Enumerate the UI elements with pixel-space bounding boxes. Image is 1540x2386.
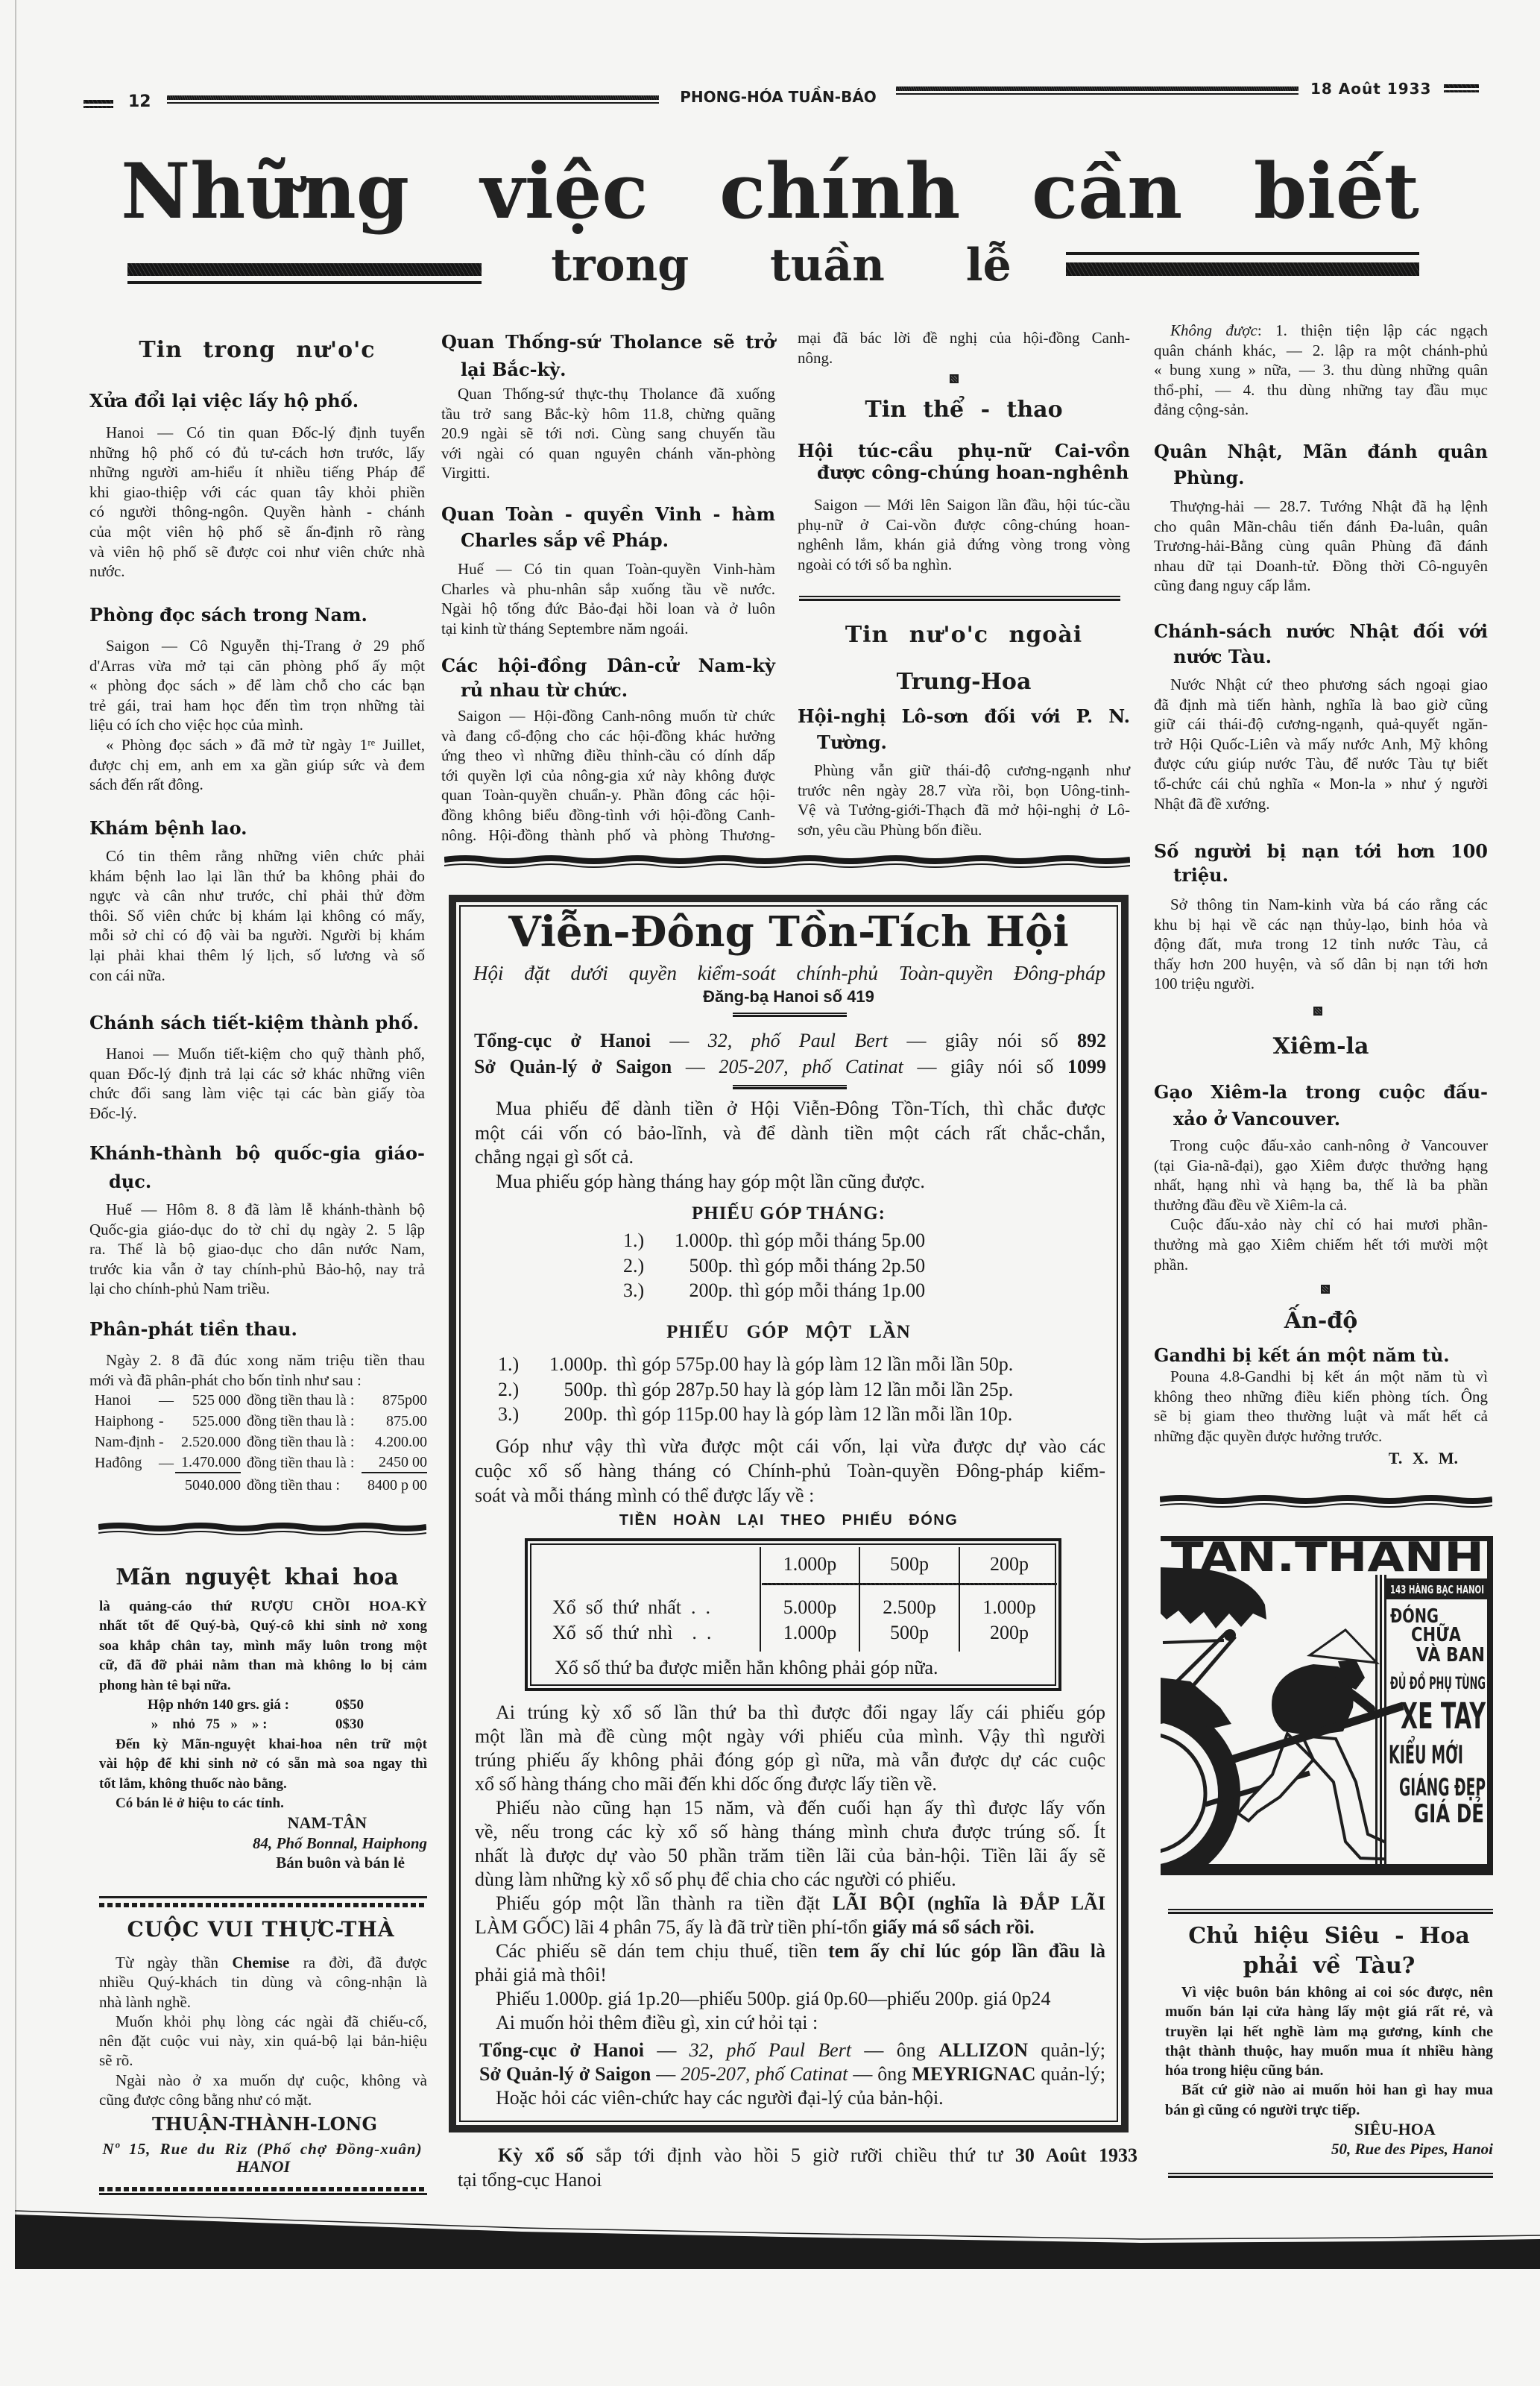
separator: — bbox=[159, 1452, 175, 1473]
row-label: Xổ số thứ nhì . . bbox=[552, 1622, 711, 1644]
text-line: d'Arras vừa mở tại căn phòng phố ấy một bbox=[89, 656, 425, 676]
ad-body: Vì việc buôn bán không ai coi sóc được, … bbox=[1165, 1983, 1493, 2120]
text-line: Huế — Hôm 8. 8 đã làm lễ khánh-thành bộ bbox=[89, 1200, 425, 1220]
text-line: đã định mà tiến hành, nghĩa là bao giờ c… bbox=[1154, 695, 1488, 715]
text-line: hóa trong hiệu cũng bán. bbox=[1165, 2061, 1493, 2080]
text-line: mới và đã phân-phát cho bốn tỉnh như sau… bbox=[89, 1370, 425, 1391]
text-line: Phùng vẫn giữ thái-độ cương-ngạnh như bbox=[798, 761, 1130, 781]
item-amount: 500p. bbox=[660, 1253, 733, 1279]
text-line: Sở Quản-lý ở Saigon — 205-207, phố Catin… bbox=[479, 2062, 1105, 2086]
paragraph: Huế — Có tin quan Toàn-quyền Vinh-hàmCha… bbox=[441, 559, 775, 638]
article-body-continued: Không được: 1. thiện tiện lập các ngạchq… bbox=[1154, 321, 1488, 420]
paragraph: Đến kỳ Mãn-nguyệt khai-hoa nên trữ mộtvà… bbox=[99, 1735, 427, 1794]
text-line: nghênh lắm, khán giả đứng vòng trong vòn… bbox=[798, 535, 1130, 555]
country-heading-india: Ấn-độ bbox=[1154, 1308, 1488, 1335]
text-line: Nhật đã đề xướng. bbox=[1154, 794, 1488, 814]
article-heading: Gandhi bị kết án một năm tù. bbox=[1154, 1344, 1488, 1367]
text-run: — giây nói số bbox=[888, 1030, 1077, 1051]
ad-brand: SIÊU-HOA bbox=[1165, 2120, 1493, 2139]
text-line: nhất, hạng nhì và hạng ba, thế là ba phầ… bbox=[1154, 1175, 1488, 1195]
wavy-divider bbox=[444, 855, 1130, 869]
unit-label: đồng tiền thau là : bbox=[241, 1452, 362, 1473]
text-line: Hanoi — Có tin quan Đốc-lý định tuyển bbox=[89, 423, 425, 443]
bold-text-run: giấy má sổ sách rồi. bbox=[872, 1916, 1034, 1938]
text-line: Góp như vậy thì vừa được một cái vốn, lạ… bbox=[475, 1434, 1105, 1458]
text-line: Hội túc-cầu phụ-nữ Cai-vồn bbox=[798, 440, 1130, 462]
lottery-intro: Góp như vậy thì vừa được một cái vốn, lạ… bbox=[475, 1434, 1105, 1508]
page-number: 12 bbox=[128, 92, 151, 112]
paragraph: Có bán lẻ ở hiệu to các tỉnh. bbox=[99, 1794, 427, 1813]
column-header: 200p bbox=[960, 1553, 1058, 1576]
text-line: nhất tốt để Quý-bà, Quý-cô khi sinh nở x… bbox=[99, 1617, 427, 1636]
text-line: tốt lắm, không thuốc nào bằng. bbox=[99, 1775, 427, 1794]
bold-text-run: LÃI BỘI (nghĩa là ĐẮP LÃI bbox=[833, 1892, 1105, 1914]
panel-line bbox=[1380, 1575, 1382, 1866]
paragraph: Phiếu 1.000p. giá 1p.20—phiếu 500p. giá … bbox=[475, 1987, 1105, 2011]
text-line: Phiếu góp một lần thành ra tiền đặt LÃI … bbox=[475, 1892, 1105, 1916]
ornament-icon bbox=[1313, 1007, 1322, 1016]
ad-brand: THUẬN-THÀNH-LONG bbox=[89, 2113, 440, 2135]
bold-text-run: Sở Quản-lý ở Saigon bbox=[479, 2063, 651, 2085]
text-line: mỗi sở chỉ có độ vài ba người. Người bị … bbox=[89, 925, 425, 945]
text-line: Phân-phát tiền thau. bbox=[89, 1318, 425, 1341]
paragraph: Phiếu góp một lần thành ra tiền đặt LÃI … bbox=[475, 1892, 1105, 1939]
article-heading: Chánh-sách nước Nhật đối vớinước Tàu. bbox=[1154, 619, 1488, 670]
text-line: Virgitti. bbox=[441, 463, 775, 483]
total-coin-count: 5040.000 bbox=[175, 1475, 241, 1496]
province: Hanoi bbox=[95, 1390, 159, 1411]
article-body: Ngày 2. 8 đã đúc xong năm triệu tiền tha… bbox=[89, 1350, 425, 1390]
payout-value: 500p bbox=[860, 1622, 959, 1644]
coin-count: 1.470.000 bbox=[175, 1452, 241, 1473]
coin-count: 525 000 bbox=[175, 1390, 241, 1411]
headline-main: Những việc chính cần biết bbox=[0, 149, 1540, 235]
text-line: phụ-nữ ở Cai-vồn được công-chúng hoan- bbox=[798, 515, 1130, 535]
paragraph: Bất cứ giờ nào ai muốn hỏi han gì hay mu… bbox=[1165, 2080, 1493, 2120]
text-line: « phòng đọc sách » để làm chỗ cho các bạ… bbox=[89, 676, 425, 696]
ad-tan-thanh-artwork: TAN.THANH bbox=[1161, 1536, 1493, 1875]
office-addresses: Tổng-cục ở Hanoi — 32, phố Paul Bert — g… bbox=[474, 1027, 1106, 1080]
text-line: Huế — Có tin quan Toàn-quyền Vinh-hàm bbox=[441, 559, 775, 579]
text-line: mại đã bác lời đề nghị của hội-đồng Canh… bbox=[798, 328, 1130, 348]
text-run: Các phiếu sẽ dán tem chịu thuế, tiền bbox=[496, 1940, 828, 1962]
page-edge bbox=[15, 0, 16, 2218]
separator: — bbox=[159, 1390, 175, 1411]
text-line: Khánh-thành bộ quốc-gia giáo- bbox=[89, 1139, 425, 1168]
bold-text-run: ALLIZON bbox=[938, 2039, 1028, 2061]
ad-details: Đến kỳ Mãn-nguyệt khai-hoa nên trữ mộtvà… bbox=[99, 1735, 427, 1814]
article-heading: Gạo Xiêm-la trong cuộc đấu-xảo ở Vancouv… bbox=[1154, 1079, 1488, 1133]
italic-text-run: 205-207, phố Catinat bbox=[681, 2063, 848, 2085]
text-line: truyền lại hết nghề làm mạ gương, kính c… bbox=[1165, 2022, 1493, 2042]
italic-text-run: Không được bbox=[1170, 321, 1257, 339]
unit-label: đồng tiền thau là : bbox=[241, 1411, 362, 1432]
ad-line: VÀ BAN bbox=[1416, 1643, 1485, 1666]
text-line: trúng phiếu ấy không phải đóng góp gì nữ… bbox=[475, 1748, 1105, 1772]
article-body: Hanoi — Có tin quan Đốc-lý định tuyểnnhữ… bbox=[89, 423, 425, 582]
text-line: chức đổi sang làm việc tại các bàn giấy … bbox=[89, 1083, 425, 1104]
paragraph: Saigon — Mới lên Saigon lần đầu, hội túc… bbox=[798, 495, 1130, 574]
text-line: Hanoi — Muốn tiết-kiệm cho quỹ thành phố… bbox=[89, 1044, 425, 1064]
ad-brand: NAM-TÂN bbox=[99, 1813, 427, 1833]
masthead-rule-left bbox=[167, 95, 659, 100]
text-line: Ai muốn hỏi thêm điều gì, xin cứ hỏi tại… bbox=[475, 2011, 1105, 2035]
item-amount: 200p. bbox=[660, 1278, 733, 1303]
masthead-ornament-left-thin bbox=[83, 106, 113, 108]
coin-value: 875p00 bbox=[362, 1390, 427, 1411]
item-amount: 500p. bbox=[537, 1377, 608, 1403]
item-text: thì góp mỗi tháng 5p.00 bbox=[739, 1228, 925, 1253]
ad-border-bottom-dots bbox=[99, 2187, 427, 2191]
article-heading: Quân Nhật, Mãn đánh quânPhùng. bbox=[1154, 438, 1488, 491]
panel-line bbox=[1375, 1575, 1378, 1866]
double-rule-short bbox=[733, 1085, 847, 1089]
paragraph: Ngài nào ở xa muốn dự cuộc, không vàcũng… bbox=[99, 2071, 427, 2110]
payout-value: 2.500p bbox=[860, 1596, 959, 1619]
text-line: cũng được công bằng như có mặt. bbox=[99, 2090, 427, 2109]
text-line: Không được: 1. thiện tiện lập các ngạch bbox=[1154, 321, 1488, 341]
item-number: 1.) bbox=[623, 1228, 653, 1253]
text-run: Từ ngày thần bbox=[116, 1954, 232, 1971]
text-line: xảo ở Vancouver. bbox=[1154, 1106, 1488, 1133]
text-line: động đất, mưa trong 12 tỉnh nước Tàu, cả bbox=[1154, 934, 1488, 954]
text-line: Bất cứ giờ nào ai muốn hỏi han gì hay mu… bbox=[1165, 2080, 1493, 2100]
text-line: Ngài hộ tống đức Bảo-đại hồi loan và ở l… bbox=[441, 599, 775, 619]
price-row-small-box: » nhỏ 75 » » : 0$30 bbox=[99, 1715, 427, 1734]
text-line: đảng cộng-sản. bbox=[1154, 400, 1488, 420]
text-run: là quảng-cáo thứ bbox=[99, 1599, 250, 1614]
article-body: Hanoi — Muốn tiết-kiệm cho quỹ thành phố… bbox=[89, 1044, 425, 1123]
table-footnote: Xổ số thứ ba được miễn hẳn không phải gó… bbox=[555, 1657, 938, 1679]
rickshaw-seat bbox=[1161, 1678, 1231, 1728]
text-line: Mua phiếu để dành tiền ở Hội Viễn-Đông T… bbox=[475, 1097, 1105, 1121]
article-heading: Quan Thống-sứ Tholance sẽ trởlại Bắc-kỳ. bbox=[441, 328, 775, 383]
registration-number: Đăng-bạ Hanoi số 419 bbox=[449, 986, 1129, 1007]
article-heading: Phân-phát tiền thau. bbox=[89, 1318, 425, 1341]
text-line: sẽ rõ. bbox=[99, 2050, 427, 2070]
text-line: Thượng-hải — 28.7. Tướng Nhật đã hạ lệnh bbox=[1154, 497, 1488, 517]
ad-body-block: Vì việc buôn bán không ai coi sóc được, … bbox=[1165, 1983, 1493, 2159]
wavy-divider bbox=[98, 1523, 426, 1536]
text-line: lại cho chính-phủ Nam triều. bbox=[89, 1279, 425, 1299]
paragraph: Hoặc hỏi các viên-chức hay các người đại… bbox=[475, 2086, 1105, 2110]
text-line: phong hàn tê bại nữa. bbox=[99, 1676, 427, 1696]
text-line: sách đến rất đông. bbox=[89, 775, 425, 795]
article-body: Pouna 4.8-Gandhi bị kết án một năm tù vì… bbox=[1154, 1367, 1488, 1446]
paragraph: Trong cuộc đấu-xảo canh-nông ở Vancouver… bbox=[1154, 1136, 1488, 1215]
ad-line: KIỂU MỚI bbox=[1389, 1736, 1463, 1770]
paragraph: Muốn khỏi phụ lòng các ngài đã chiếu-cố,… bbox=[99, 2012, 427, 2071]
ad-line: GIÁNG ĐẸP bbox=[1399, 1773, 1486, 1801]
text-line: Quan Toàn - quyền Vinh - hàm bbox=[441, 501, 775, 527]
ad-body-block: là quảng-cáo thứ RƯỢU CHỒI HOA-KỲnhất tố… bbox=[99, 1597, 427, 1873]
ad-title: CUỘC VUI THỰC-THÀ bbox=[89, 1916, 432, 1943]
bold-text-run: MEYRIGNAC bbox=[912, 2063, 1035, 2085]
text-line: được chị em, anh em xa gần giúp sức và đ… bbox=[89, 755, 425, 775]
ad-intro: Mua phiếu để dành tiền ở Hội Viễn-Đông T… bbox=[475, 1097, 1105, 1194]
panel-line bbox=[1384, 1575, 1386, 1866]
text-line: Sở thông tin Nam-kinh vừa bá cáo rằng cá… bbox=[1154, 895, 1488, 915]
paragraph: Từ ngày thần Chemise ra đời, đã đượcnhiề… bbox=[99, 1953, 427, 2012]
paragraph: Sở thông tin Nam-kinh vừa bá cáo rằng cá… bbox=[1154, 895, 1488, 994]
paragraph: Ngày 2. 8 đã đúc xong năm triệu tiền tha… bbox=[89, 1350, 425, 1390]
paragraph: Vì việc buôn bán không ai coi sóc được, … bbox=[1165, 1983, 1493, 2080]
text-line: Phùng. bbox=[1154, 465, 1488, 491]
text-line: Tường. bbox=[798, 729, 1130, 755]
bold-text-run: 892 bbox=[1077, 1030, 1106, 1051]
article-heading: Quan Toàn - quyền Vinh - hàmCharles sắp … bbox=[441, 501, 775, 553]
ad-border-top-dots bbox=[99, 1903, 427, 1907]
coin-row-ha-dong: Hađông — 1.470.000 đồng tiền thau là : 2… bbox=[95, 1452, 427, 1473]
text-line: Phòng đọc sách trong Nam. bbox=[89, 604, 425, 626]
paragraph: Saigon — Hội-đồng Canh-nông muốn từ chức… bbox=[441, 706, 775, 845]
coin-value: 2450 00 bbox=[362, 1452, 427, 1473]
coin-value: 4.200.00 bbox=[362, 1432, 427, 1452]
italic-text-run: 32, phố Paul Bert bbox=[689, 2039, 851, 2061]
text-line: Đốc-lý. bbox=[89, 1104, 425, 1124]
bold-text-run: Tổng-cục ở Hanoi bbox=[474, 1030, 651, 1051]
text-line: Trương-hải-Bằng cùng quân Phùng đã đánh bbox=[1154, 536, 1488, 556]
ornament-icon bbox=[1321, 1285, 1330, 1294]
text-run: Phiếu góp một lần thành ra tiền đặt bbox=[496, 1892, 833, 1914]
text-line: thổ-phỉ, — 4. thu dùng những tay đầu mục bbox=[1154, 380, 1488, 400]
unit-label: đồng tiền thau : bbox=[241, 1475, 362, 1496]
ad-line: GIÁ DẺ bbox=[1414, 1796, 1484, 1829]
text-run: — bbox=[651, 2063, 681, 2085]
text-run: — bbox=[651, 1030, 708, 1051]
author-signature: T. X. M. bbox=[1154, 1449, 1488, 1468]
header-underline bbox=[762, 1583, 1057, 1585]
text-line: Charles và phu-nhân sắp xuống tầu về nướ… bbox=[441, 579, 775, 599]
double-rule-short bbox=[733, 1013, 847, 1017]
text-line: cũng đang nguy cấp lắm. bbox=[1154, 576, 1488, 596]
lump-sum-plan-list: 1.) 1.000p. thì góp 575p.00 hay là góp l… bbox=[498, 1352, 1013, 1427]
paragraph: Huế — Hôm 8. 8 đã làm lễ khánh-thành bộQ… bbox=[89, 1200, 425, 1299]
article-body-continued: mại đã bác lời đề nghị của hội-đồng Canh… bbox=[798, 328, 1130, 368]
text-line: Gandhi bị kết án một năm tù. bbox=[1154, 1344, 1488, 1367]
bold-text-run: RƯỢU CHỒI HOA-KỲ bbox=[250, 1599, 427, 1614]
paragraph: mại đã bác lời đề nghị của hội-đồng Canh… bbox=[798, 328, 1130, 368]
section-title-foreign-news: Tin nư'o'c ngoài bbox=[798, 622, 1130, 649]
text-line: Ngài nào ở xa muốn dự cuộc, không và bbox=[99, 2071, 427, 2090]
text-line: Vệ và Tưởng-giới-Thạch đã mở hội-nghị ở … bbox=[798, 800, 1130, 820]
monthly-plan-list: 1.) 1.000p. thì góp mỗi tháng 5p.00 2.) … bbox=[623, 1228, 925, 1303]
masthead-ornament-left bbox=[83, 100, 113, 104]
item-amount: 200p. bbox=[537, 1402, 608, 1427]
issue-date: 18 Août 1933 bbox=[1310, 79, 1431, 98]
text-line: tại tổng-cục Hanoi bbox=[458, 2168, 1137, 2192]
ad-closing: Hoặc hỏi các viên-chức hay các người đại… bbox=[475, 2086, 1105, 2110]
text-line: thưởng mà gạo Xiêm chiếm hết tới mười mộ… bbox=[1154, 1235, 1488, 1255]
coin-row-total: 5040.000 đồng tiền thau : 8400 p 00 bbox=[95, 1475, 427, 1496]
empty-cell bbox=[159, 1475, 175, 1496]
ad-body: Từ ngày thần Chemise ra đời, đã đượcnhiề… bbox=[99, 1953, 427, 2109]
ad-intro: là quảng-cáo thứ RƯỢU CHỒI HOA-KỲnhất tố… bbox=[99, 1597, 427, 1696]
text-line: Từ ngày thần Chemise ra đời, đã được bbox=[99, 1953, 427, 1972]
paragraph: Cuộc đấu-xảo này chỉ có hai mươi phần-th… bbox=[1154, 1215, 1488, 1274]
text-line: « Phòng đọc sách » đã mở từ ngày 1ʳᵉ Jui… bbox=[89, 735, 425, 755]
text-line: nhau dữ tại Doanh-tử. Đồng thời Cô-nguyê… bbox=[1154, 556, 1488, 576]
item-text: thì góp mỗi tháng 2p.50 bbox=[739, 1253, 925, 1279]
text-line: trở Hội Quốc-Liên và mấy nước Anh, Mỹ kh… bbox=[1154, 734, 1488, 755]
ad-city: HANOI bbox=[89, 2157, 437, 2176]
text-line: nông. Hội-đồng thành phố và phòng Thương… bbox=[441, 825, 775, 846]
article-body: Nước Nhật cứ theo phương sách ngoại giao… bbox=[1154, 675, 1488, 813]
item-number: 3.) bbox=[498, 1402, 528, 1427]
article-body: Có tin thêm rằng những viên chức phảikhá… bbox=[89, 846, 425, 985]
item-amount: 1.000p. bbox=[660, 1228, 733, 1253]
bold-text-run: 30 Août 1933 bbox=[1015, 2144, 1137, 2166]
masthead-ornament-right bbox=[1444, 84, 1479, 88]
text-line: Muốn khỏi phụ lòng các ngài đã chiếu-cố, bbox=[99, 2012, 427, 2031]
item-text: thì góp 115p.00 hay là góp làm 12 lần mỗ… bbox=[616, 1402, 1013, 1427]
text-line: (tại Gia-nã-đại), gạo Xiêm được thưởng h… bbox=[1154, 1156, 1488, 1176]
article-heading: Hội túc-cầu phụ-nữ Cai-vồnđược công-chún… bbox=[798, 440, 1130, 483]
text-line: có người thông-ngôn. Quyền hành - chánh bbox=[89, 502, 425, 522]
text-line: Ai trúng kỳ xổ số lần thứ ba thì được đổ… bbox=[475, 1701, 1105, 1725]
ad-title-line-1: Chủ hiệu Siêu - Hoa bbox=[1165, 1921, 1493, 1951]
text-line: nước Tàu. bbox=[1154, 644, 1488, 670]
ad-address: 143 HÀNG BẠC HANOI bbox=[1390, 1582, 1484, 1596]
ad-address: 50, Rue des Pipes, Hanoi bbox=[1165, 2139, 1493, 2159]
item-amount: 1.000p. bbox=[537, 1352, 608, 1377]
text-run: — ông bbox=[848, 2063, 912, 2085]
ad-border-bottom bbox=[1165, 1864, 1493, 1875]
ad-subtitle: Hội đặt dưới quyền kiểm-soát chính-phủ T… bbox=[473, 960, 1105, 986]
price-row-large-box: Hộp nhớn 140 grs. giá : 0$50 bbox=[99, 1696, 427, 1715]
text-line: Các phiếu sẽ dán tem chịu thuế, tiền tem… bbox=[475, 1939, 1105, 1963]
italic-text-run: 205-207, phố Catinat bbox=[719, 1056, 903, 1077]
text-line: thôi. Số viên chức bị khám lại không có … bbox=[89, 906, 425, 926]
ad-line: ĐỦ ĐỒ PHỤ TÙNG bbox=[1390, 1672, 1486, 1693]
text-line: 20.9 ngài sẽ tới nơi. Cùng sang chuyến t… bbox=[441, 424, 775, 444]
monthly-plan-title: PHIẾU GÓP THÁNG: bbox=[449, 1202, 1129, 1226]
text-line: về, nếu trong các kỳ xổ số hàng tháng mì… bbox=[475, 1820, 1105, 1844]
text-line: tại kinh từ tháng Septembre năm ngoái. bbox=[441, 619, 775, 639]
text-run: : 1. thiện tiện lập các ngạch bbox=[1257, 321, 1488, 339]
lump-sum-plan-title: PHIẾU GÓP MỘT LẦN bbox=[449, 1321, 1129, 1344]
lottery-draw-notice: Kỳ xổ số sắp tới định vào hồi 5 giờ rưỡi… bbox=[458, 2143, 1137, 2192]
text-line: Cuộc đấu-xảo này chỉ có hai mươi phần- bbox=[1154, 1215, 1488, 1235]
text-line: cho quân Mãn-châu tiến đánh Đa-luân, quâ… bbox=[1154, 517, 1488, 537]
text-line: Charles sắp về Pháp. bbox=[441, 527, 775, 553]
item-number: 1.) bbox=[498, 1352, 528, 1377]
country-heading-china: Trung-Hoa bbox=[798, 669, 1130, 696]
paragraph: Ai trúng kỳ xổ số lần thứ ba thì được đổ… bbox=[475, 1701, 1105, 1796]
text-run: quản-lý; bbox=[1028, 2039, 1105, 2061]
text-line: Chánh sách tiết-kiệm thành phố. bbox=[89, 1012, 425, 1034]
article-body: Saigon — Cô Nguyễn thị-Trang ở 29 phốd'A… bbox=[89, 636, 425, 795]
text-line: Số người bị nạn tới hơn 100 bbox=[1154, 840, 1488, 863]
article-heading: Xửa đổi lại việc lấy hộ phố. bbox=[89, 390, 425, 412]
text-line: của một viên hộ phố sẽ ấn-định rõ ràng bbox=[89, 522, 425, 542]
text-line: nhà lành nghề. bbox=[99, 1992, 427, 2012]
text-line: Quan Thống-sứ thực-thụ Tholance đã xuống bbox=[441, 384, 775, 404]
paragraph: Nước Nhật cứ theo phương sách ngoại giao… bbox=[1154, 675, 1488, 813]
text-line: Hội đặt dưới quyền kiểm-soát chính-phủ T… bbox=[473, 960, 1105, 986]
text-line: Saigon — Mới lên Saigon lần đầu, hội túc… bbox=[798, 495, 1130, 515]
text-line: cữ, đã đỡ phải nằm than mà không lo bị c… bbox=[99, 1656, 427, 1675]
ad-tan-thanh-rickshaw: TAN.THANH bbox=[1161, 1536, 1493, 1875]
text-line: xổ số hàng tháng cho mãi đến khi dốc ống… bbox=[475, 1772, 1105, 1796]
text-line: tổ-chức cái chủ nghĩa « Mon-la » như ý n… bbox=[1154, 774, 1488, 794]
article-heading: Các hội-đồng Dân-cử Nam-kỳrủ nhau từ chứ… bbox=[441, 653, 775, 702]
paragraph: Saigon — Cô Nguyễn thị-Trang ở 29 phốd'A… bbox=[89, 636, 425, 735]
article-body: Huế — Hôm 8. 8 đã làm lễ khánh-thành bộQ… bbox=[89, 1200, 425, 1299]
payout-value: 1.000p bbox=[761, 1622, 859, 1644]
paragraph: Mua phiếu để dành tiền ở Hội Viễn-Đông T… bbox=[475, 1097, 1105, 1170]
article-body: Trong cuộc đấu-xảo canh-nông ở Vancouver… bbox=[1154, 1136, 1488, 1274]
coin-row-hanoi: Hanoi — 525 000 đồng tiền thau là : 875p… bbox=[95, 1390, 427, 1411]
text-line: thấy hơn 200 huyện, và số dân bị nạn tới… bbox=[1154, 954, 1488, 975]
bold-text-run: Sở Quản-lý ở Saigon bbox=[474, 1056, 672, 1077]
masthead-ornament-right-thin bbox=[1444, 90, 1479, 92]
text-line: ngực và cân như trước, chỉ phải thử đờm bbox=[89, 886, 425, 906]
text-line: sơn, yêu cầu Phùng bốn điều. bbox=[798, 820, 1130, 840]
text-line: dùng làm những kỳ xổ số phụ để chia cho … bbox=[475, 1868, 1105, 1892]
text-line: được công-chúng hoan-nghênh bbox=[798, 462, 1130, 483]
text-line: thật thành thuộc, hay muốn mua ít nhiều … bbox=[1165, 2042, 1493, 2061]
text-line: Gạo Xiêm-la trong cuộc đấu- bbox=[1154, 1079, 1488, 1106]
item-text: thì góp 575p.00 hay là góp làm 12 lần mỗ… bbox=[616, 1352, 1013, 1377]
item-number: 2.) bbox=[498, 1377, 528, 1403]
text-line: được cứu giúp nước Tàu, để nước Tàu tự b… bbox=[1154, 754, 1488, 774]
ad-border-bottom bbox=[1168, 2173, 1493, 2178]
text-line: lại phải khai thêm lý lịch, số lương và … bbox=[89, 945, 425, 966]
paragraph: Mua phiếu góp hàng tháng hay góp một lần… bbox=[475, 1170, 1105, 1194]
item-text: thì góp mỗi tháng 1p.00 bbox=[739, 1278, 925, 1303]
text-line: khi giao-thiệp với các quan tây khỏi phi… bbox=[89, 482, 425, 503]
article-body: Saigon — Hội-đồng Canh-nông muốn từ chức… bbox=[441, 706, 775, 845]
text-line: phải giả mà thôi! bbox=[475, 1963, 1105, 1987]
text-line: những đặc quyền được hưởng trước. bbox=[1154, 1426, 1488, 1447]
text-line: là quảng-cáo thứ RƯỢU CHỒI HOA-KỲ bbox=[99, 1597, 427, 1617]
text-line: giữ cái thái-độ cương-ngạnh, quả-quyết n… bbox=[1154, 714, 1488, 734]
price-value: 0$30 bbox=[335, 1715, 395, 1734]
total-value: 8400 p 00 bbox=[362, 1475, 427, 1496]
paragraph: Quan Thống-sứ thực-thụ Tholance đã xuống… bbox=[441, 384, 775, 483]
bold-text-run: Kỳ xổ số bbox=[498, 2144, 584, 2166]
payout-value: 5.000p bbox=[761, 1596, 859, 1619]
text-line: Đến kỳ Mãn-nguyệt khai-hoa nên trữ một bbox=[99, 1735, 427, 1754]
payout-value: 200p bbox=[960, 1622, 1058, 1644]
text-line: 100 triệu người. bbox=[1154, 974, 1488, 994]
price-label: Hộp nhớn 140 grs. giá : bbox=[148, 1696, 335, 1715]
text-run: — giây nói số bbox=[903, 1056, 1067, 1077]
text-line: Chánh-sách nước Nhật đối với bbox=[1154, 619, 1488, 644]
text-line: đồng không biểu đồng-tình với hội-đồng C… bbox=[441, 805, 775, 825]
item-text: thì góp 287p.50 hay là góp làm 12 lần mỗ… bbox=[616, 1377, 1013, 1403]
text-line: Mua phiếu góp hàng tháng hay góp một lần… bbox=[475, 1170, 1105, 1194]
coin-value: 875.00 bbox=[362, 1411, 427, 1432]
paragraph: Không được: 1. thiện tiện lập các ngạchq… bbox=[1154, 321, 1488, 420]
text-line: bán gì cũng có người trực tiếp. bbox=[1165, 2100, 1493, 2120]
text-line: với ngài có quan nguyên chánh văn-phòng bbox=[441, 444, 775, 464]
paragraph: Thượng-hải — 28.7. Tướng Nhật đã hạ lệnh… bbox=[1154, 497, 1488, 596]
text-line: Quốc-gia giáo-dục do tờ chỉ dụ ngày 2. 5… bbox=[89, 1220, 425, 1240]
headline-bar-right-thick bbox=[1066, 262, 1419, 276]
paragraph: Pouna 4.8-Gandhi bị kết án một năm tù vì… bbox=[1154, 1367, 1488, 1446]
section-title-domestic-news: Tin trong nư'o'c bbox=[89, 337, 425, 364]
text-line: Hội-nghị Lô-sơn đối với P. N. bbox=[798, 703, 1130, 729]
text-line: những người am-hiểu ít nhiều tiếng Pháp … bbox=[89, 462, 425, 482]
text-line: Phiếu 1.000p. giá 1p.20—phiếu 500p. giá … bbox=[475, 1987, 1105, 2011]
text-line: một lần mà đề cùng một ngày với phiếu củ… bbox=[475, 1725, 1105, 1748]
separator: - bbox=[159, 1411, 175, 1432]
article-body: Thượng-hải — 28.7. Tướng Nhật đã hạ lệnh… bbox=[1154, 497, 1488, 596]
masthead-rule-right bbox=[896, 86, 1298, 91]
ad-address: Nº 15, Rue du Riz (Phố chợ Đồng-xuân) bbox=[89, 2139, 435, 2159]
